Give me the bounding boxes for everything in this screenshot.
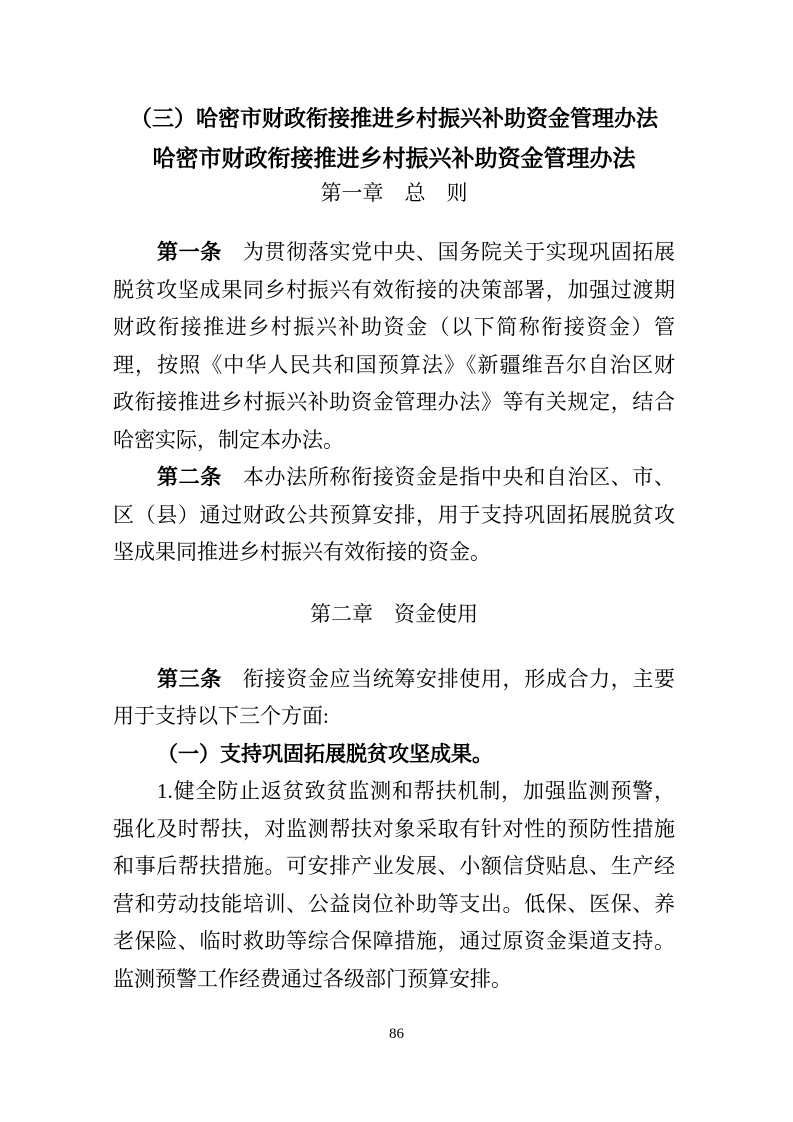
- article-2-label: 第二条: [157, 465, 222, 489]
- article-1-text: 为贯彻落实党中央、国务院关于实现巩固拓展: [243, 240, 675, 264]
- article-3-text: 衔接资金应当统筹安排使用，形成合力，主要: [243, 667, 675, 691]
- text-line: 理，按照《中华人民共和国预算法》《新疆维吾尔自治区财: [113, 347, 675, 385]
- text-line: 脱贫攻坚成果同乡村振兴有效衔接的决策部署，加强过渡期: [113, 272, 675, 310]
- text-line: 用于支持以下三个方面:: [113, 698, 675, 736]
- text-line: 第一条为贯彻落实党中央、国务院关于实现巩固拓展: [113, 234, 675, 272]
- chapter-1-heading: 第一章 总 则: [113, 178, 675, 210]
- text-line: 和事后帮扶措施。可安排产业发展、小额信贷贴息、生产经: [113, 848, 675, 886]
- text-line: 哈密实际，制定本办法。: [113, 422, 675, 460]
- text-line: 1.健全防止返贫致贫监测和帮扶机制，加强监测预警，: [113, 773, 675, 811]
- page-number: 86: [0, 1026, 793, 1043]
- text-line: 坚成果同推进乡村振兴有效衔接的资金。: [113, 534, 675, 572]
- text-line: 第三条衔接资金应当统筹安排使用，形成合力，主要: [113, 661, 675, 699]
- item-1-paragraph: 1.健全防止返贫致贫监测和帮扶机制，加强监测预警， 强化及时帮扶，对监测帮扶对象…: [113, 773, 675, 998]
- text-line: 财政衔接推进乡村振兴补助资金（以下简称衔接资金）管: [113, 309, 675, 347]
- text-line: 老保险、临时救助等综合保障措施，通过原资金渠道支持。: [113, 923, 675, 961]
- item-1-heading: （一）支持巩固拓展脱贫攻坚成果。: [113, 736, 675, 774]
- article-1-paragraph: 第一条为贯彻落实党中央、国务院关于实现巩固拓展 脱贫攻坚成果同乡村振兴有效衔接的…: [113, 234, 675, 459]
- text-line: 强化及时帮扶，对监测帮扶对象采取有针对性的预防性措施: [113, 811, 675, 849]
- text-line: 政衔接推进乡村振兴补助资金管理办法》等有关规定，结合: [113, 384, 675, 422]
- document-content: （三）哈密市财政衔接推进乡村振兴补助资金管理办法 哈密市财政衔接推进乡村振兴补助…: [113, 100, 675, 998]
- text-line: 第二条本办法所称衔接资金是指中央和自治区、市、: [113, 459, 675, 497]
- document-title: 哈密市财政衔接推进乡村振兴补助资金管理办法: [113, 138, 675, 178]
- document-page: （三）哈密市财政衔接推进乡村振兴补助资金管理办法 哈密市财政衔接推进乡村振兴补助…: [0, 0, 793, 1122]
- text-line: 营和劳动技能培训、公益岗位补助等支出。低保、医保、养: [113, 886, 675, 924]
- text-line: 监测预警工作经费通过各级部门预算安排。: [113, 961, 675, 999]
- article-2-paragraph: 第二条本办法所称衔接资金是指中央和自治区、市、 区（县）通过财政公共预算安排，用…: [113, 459, 675, 572]
- document-subtitle: （三）哈密市财政衔接推进乡村振兴补助资金管理办法: [113, 100, 675, 138]
- article-3-paragraph: 第三条衔接资金应当统筹安排使用，形成合力，主要 用于支持以下三个方面:: [113, 661, 675, 736]
- article-1-label: 第一条: [157, 240, 222, 264]
- text-line: 区（县）通过财政公共预算安排，用于支持巩固拓展脱贫攻: [113, 497, 675, 535]
- article-2-text: 本办法所称衔接资金是指中央和自治区、市、: [243, 465, 675, 489]
- article-3-label: 第三条: [157, 667, 222, 691]
- chapter-2-heading: 第二章 资金使用: [113, 594, 675, 636]
